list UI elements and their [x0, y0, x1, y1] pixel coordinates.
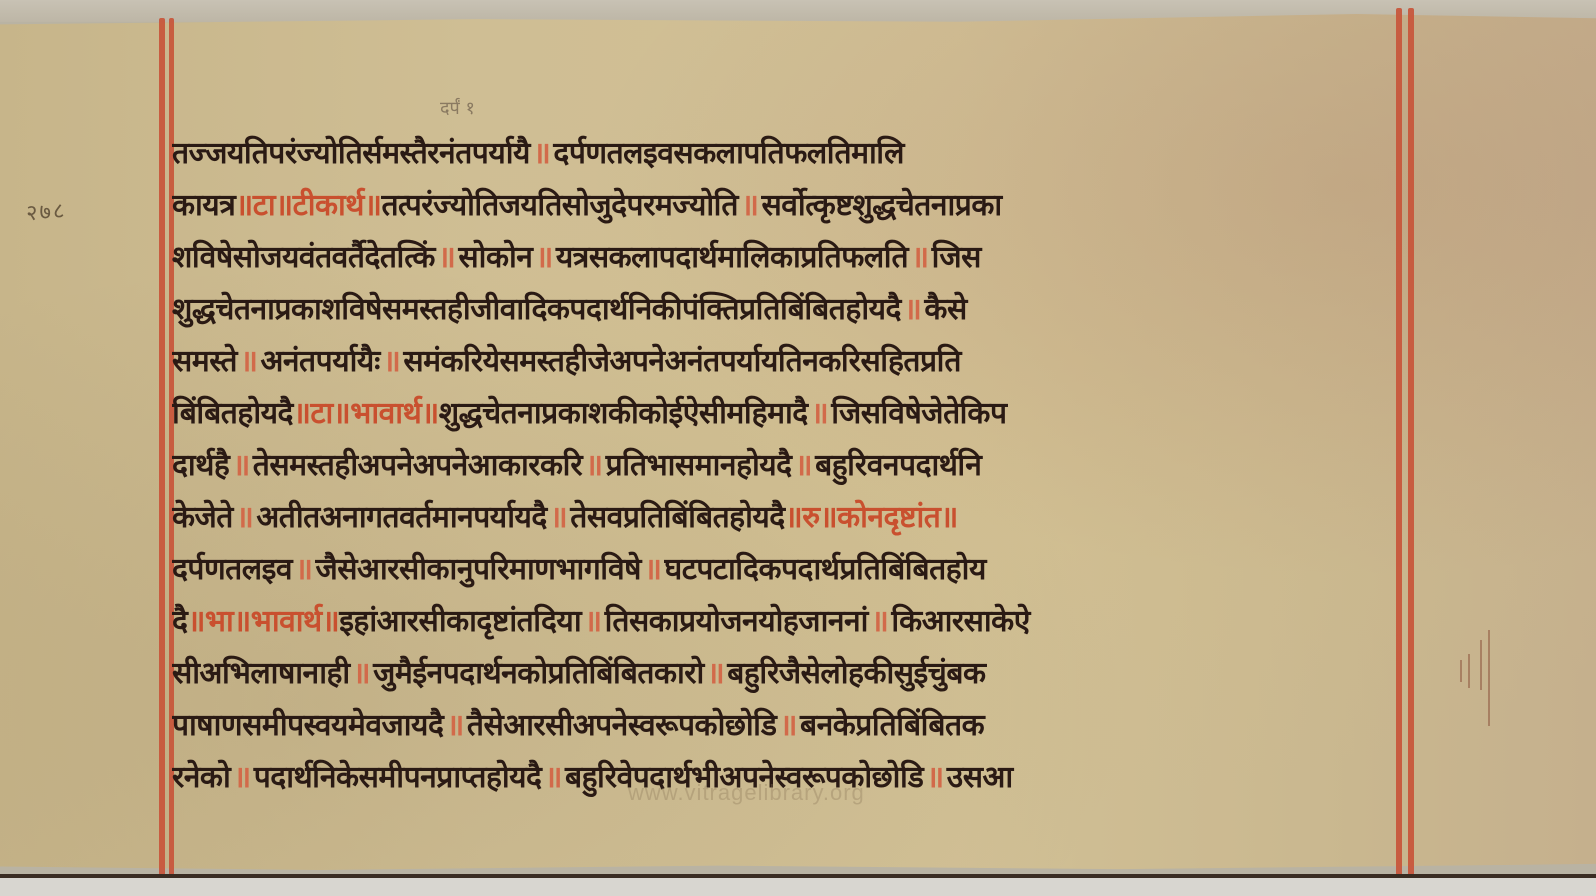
text-segment: सोकोन: [458, 240, 532, 275]
text-segment: तत्परंज्योतिजयतिसोजुदेपरमज्योति: [381, 188, 738, 223]
danda-mark: ॥: [530, 136, 553, 171]
margin-pen-marks: [1458, 630, 1498, 740]
danda-mark: ॥: [547, 500, 570, 535]
rubric-text: ॥रु॥कोनदृष्टांत॥: [785, 500, 958, 535]
text-segment: जैसेआरसीकानुपरिमाणभागविषे: [316, 552, 642, 587]
manuscript-line: शविषेसोजयवंतवर्तैदेतत्किं॥सोकोन॥यत्रसकला…: [172, 232, 1400, 284]
manuscript-line: केजेते॥अतीतअनागतवर्तमानपर्यायदै॥तेसवप्रत…: [172, 492, 1400, 544]
danda-mark: ॥: [868, 604, 891, 639]
danda-mark: ॥: [581, 604, 604, 639]
text-segment: प्रतिभासमानहोयदै: [606, 448, 792, 483]
danda-mark: ॥: [704, 656, 727, 691]
text-segment: सर्वोत्कृष्टशुद्धचेतनाप्रका: [761, 188, 1001, 223]
text-segment: जुमैईनपदार्थनकोप्रतिबिंबितकारो: [373, 656, 704, 691]
text-segment: तेसमस्तहीअपनेअपनेआकारकरि: [253, 448, 582, 483]
danda-mark: ॥: [792, 448, 815, 483]
danda-mark: ॥: [350, 656, 373, 691]
text-segment: समंकरियेसमस्तहीजेअपनेअनंतपर्यायतिनकरिसहि…: [403, 344, 961, 379]
danda-mark: ॥: [229, 448, 252, 483]
manuscript-line: दै॥भा॥भावार्थ॥इहांआरसीकादृष्टांतदिया॥तिस…: [172, 596, 1400, 648]
text-segment: उसआ: [947, 760, 1013, 795]
text-segment: बहुरिवनपदार्थनि: [815, 448, 981, 483]
text-segment: किआरसाकेऐ: [891, 604, 1029, 639]
manuscript-line: कायत्र॥टा॥टीकार्थ॥तत्परंज्योतिजयतिसोजुदे…: [172, 180, 1400, 232]
text-segment: रनेको: [172, 760, 230, 795]
danda-mark: ॥: [738, 188, 761, 223]
text-segment: यत्रसकलापदार्थमालिकाप्रतिफलति: [556, 240, 908, 275]
manuscript-text: तज्जयतिपरंज्योतिर्समस्तैरनंतपर्यायै॥दर्प…: [172, 128, 1400, 804]
watermark: www.vitragelibrary.org: [628, 780, 865, 806]
danda-mark: ॥: [901, 292, 924, 327]
text-segment: समस्ते: [172, 344, 237, 379]
manuscript-line: तज्जयतिपरंज्योतिर्समस्तैरनंतपर्यायै॥दर्प…: [172, 128, 1400, 180]
text-segment: तेसवप्रतिबिंबितहोयदै: [570, 500, 784, 535]
text-segment: दै: [172, 604, 187, 639]
danda-mark: ॥: [237, 344, 260, 379]
folio-number: २७८: [25, 195, 67, 228]
danda-mark: ॥: [582, 448, 605, 483]
danda-mark: ॥: [541, 760, 564, 795]
danda-mark: ॥: [292, 552, 315, 587]
danda-mark: ॥: [808, 396, 831, 431]
text-segment: सीअभिलाषानाही: [172, 656, 350, 691]
danda-mark: ॥: [435, 240, 458, 275]
manuscript-line: सीअभिलाषानाही॥जुमैईनपदार्थनकोप्रतिबिंबित…: [172, 648, 1400, 700]
text-segment: अनंतपर्यायैः: [260, 344, 379, 379]
danda-mark: ॥: [230, 760, 253, 795]
text-segment: जिसविषेजेतेकिप: [831, 396, 1006, 431]
text-segment: घटपटादिकपदार्थप्रतिबिंबितहोय: [664, 552, 985, 587]
rubric-text: ॥टा॥टीकार्थ॥: [235, 188, 381, 223]
danda-mark: ॥: [443, 708, 466, 743]
right-border-rule-outer: [1408, 8, 1414, 876]
text-segment: दार्थहै: [172, 448, 229, 483]
text-segment: शुद्धचेतनाप्रकाशविषेसमस्तहीजीवादिकपदार्थ…: [172, 292, 901, 327]
danda-mark: ॥: [380, 344, 403, 379]
left-border-rule-outer: [159, 18, 165, 876]
text-segment: जिस: [932, 240, 981, 275]
text-segment: कैसे: [924, 292, 966, 327]
text-segment: पदार्थनिकेसमीपनप्राप्तहोयदै: [254, 760, 542, 795]
text-segment: दर्पणतलइवसकलापतिफलतिमालि: [553, 136, 904, 171]
manuscript-line: पाषाणसमीपस्वयमेवजायदै॥तैसेआरसीअपनेस्वरूप…: [172, 700, 1400, 752]
text-segment: केजेते: [172, 500, 233, 535]
text-segment: शविषेसोजयवंतवर्तैदेतत्किं: [172, 240, 435, 275]
text-segment: पाषाणसमीपस्वयमेवजायदै: [172, 708, 443, 743]
danda-mark: ॥: [641, 552, 664, 587]
danda-mark: ॥: [923, 760, 946, 795]
manuscript-line: बिंबितहोयदै॥टा॥भावार्थ॥शुद्धचेतनाप्रकाशक…: [172, 388, 1400, 440]
manuscript-line: दर्पणतलइव॥जैसेआरसीकानुपरिमाणभागविषे॥घटपट…: [172, 544, 1400, 596]
danda-mark: ॥: [908, 240, 931, 275]
text-segment: शुद्धचेतनाप्रकाशकीकोईऐसीमहिमादै: [439, 396, 808, 431]
manuscript-line: शुद्धचेतनाप्रकाशविषेसमस्तहीजीवादिकपदार्थ…: [172, 284, 1400, 336]
text-segment: तिसकाप्रयोजनयोहजाननां: [605, 604, 868, 639]
text-segment: दर्पणतलइव: [172, 552, 292, 587]
text-segment: इहांआरसीकादृष्टांतदिया: [339, 604, 581, 639]
text-segment: कायत्र: [172, 188, 235, 223]
danda-mark: ॥: [532, 240, 555, 275]
text-segment: तैसेआरसीअपनेस्वरूपकोछोडि: [467, 708, 777, 743]
danda-mark: ॥: [233, 500, 256, 535]
text-segment: तज्जयतिपरंज्योतिर्समस्तैरनंतपर्यायै: [172, 136, 530, 171]
rubric-text: ॥भा॥भावार्थ॥: [187, 604, 339, 639]
manuscript-line: दार्थहै॥तेसमस्तहीअपनेअपनेआकारकरि॥प्रतिभा…: [172, 440, 1400, 492]
manuscript-line: समस्ते॥अनंतपर्यायैः॥समंकरियेसमस्तहीजेअपन…: [172, 336, 1400, 388]
background-bottom: [0, 874, 1596, 896]
text-segment: बनकेप्रतिबिंबितक: [800, 708, 984, 743]
text-segment: बहुरिजैसेलोहकीसुईचुंबक: [727, 656, 985, 691]
danda-mark: ॥: [776, 708, 799, 743]
text-segment: अतीतअनागतवर्तमानपर्यायदै: [256, 500, 546, 535]
rubric-text: ॥टा॥भावार्थ॥: [293, 396, 439, 431]
manuscript-photo: २७८ दर्पं १ तज्जयतिपरंज्योतिर्समस्तैरनंत…: [0, 0, 1596, 896]
top-annotation: दर्पं १: [440, 96, 475, 120]
text-segment: बिंबितहोयदै: [172, 396, 293, 431]
